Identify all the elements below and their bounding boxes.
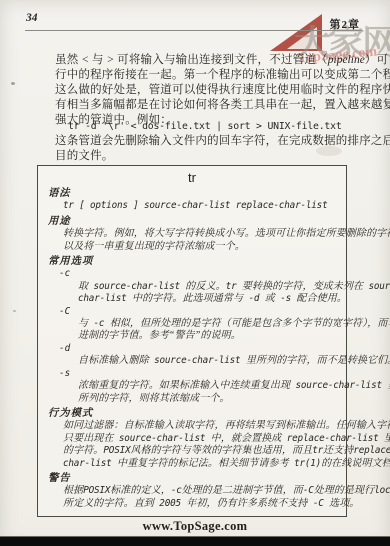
syntax-code-line: tr [ options ] source-char-list replace-… [63, 200, 346, 212]
option-description-line: 自标准输入删除 source-char-list 里所列的字符，而不是转换它们。 [78, 355, 346, 367]
latin-fragment: tr [312, 445, 323, 456]
option-flag: -s [59, 368, 346, 380]
option-description-line: 所列的字符，则将其浓缩成一个。 [78, 393, 346, 405]
latin-fragment: replace- [353, 445, 390, 456]
latin-fragment: -d [243, 293, 265, 304]
latin-fragment: POSIX [83, 485, 110, 496]
tr-command-reference-box: tr 语法tr [ options ] source-char-list rep… [37, 165, 347, 517]
header-rule [25, 30, 362, 31]
intro-paragraph: 虽然 < 与 > 可将输入与输出连接到文件，不过管道（pipeline）可以把两… [55, 53, 361, 128]
section-heading: 行为模式 [48, 408, 346, 420]
option-flag: -c [59, 268, 346, 280]
latin-fragment: pipeline [328, 54, 365, 66]
text-line: 这么做的好处是，管道可以使得执行速度比使用临时文件的程序快上十倍。本书中 [55, 83, 361, 98]
box-section: 语法tr [ options ] source-char-list replac… [38, 188, 346, 213]
option-description-line: char-list 中的字符。此选项通常与 -d 或 -s 配合使用。 [78, 293, 346, 305]
option-description-line: 浓缩重复的字符。如果标准输入中连续重复出现 source-char-list 里 [78, 380, 346, 392]
section-text-line: 如同过滤器：自标准输入读取字符，再将结果写到标准输出。任何输入字符 [63, 420, 346, 432]
latin-fragment: source-char-list [290, 380, 387, 391]
latin-fragment: source-char-list [88, 281, 185, 292]
section-heading: 警告 [48, 473, 346, 485]
option-description-line: 进制的字节值。参考“警告”的说明。 [78, 330, 346, 342]
option-flag: -d [59, 343, 346, 355]
scan-speck [11, 82, 15, 85]
latin-fragment: -C [303, 485, 314, 496]
latin-fragment: 2005 [154, 498, 186, 509]
box-section: 行为模式如同过滤器：自标准输入读取字符，再将结果写到标准输出。任何输入字符只要出… [38, 408, 346, 470]
box-section: 警告根据POSIX标准的定义，-c处理的是二进制字节值，而-C处理的是现行loc… [38, 473, 346, 510]
option-description-line: 与 -c 相似，但所处理的是字符（可能是包含多个字节的宽字符），而非二 [78, 318, 346, 330]
book-page: 34 第2章 大家网 TopSage.com 虽然 < 与 > 可将输入与输出连… [0, 0, 390, 546]
scan-speck [13, 310, 16, 312]
box-section: 用途转换字符。例如，将大写字符转换成小写。选项可让你指定所要删除的字符，以及将一… [38, 216, 346, 253]
chapter-label: 第2章 [330, 16, 361, 32]
footer-url: www.TopSage.com [0, 519, 390, 534]
option-description-line: 取 source-char-list 的反义。tr 要转换的字符，变成未列在 s… [78, 281, 346, 293]
section-text-line: 转换字符。例如，将大写字符转换成小写。选项可让你指定所要删除的字符， [63, 228, 346, 240]
page-number: 34 [26, 12, 38, 24]
latin-fragment: source- [363, 281, 390, 292]
latin-fragment: source-char-list [114, 433, 211, 444]
latin-fragment: > [104, 54, 118, 66]
text-line: 目的文件。 [55, 149, 361, 164]
latin-fragment: -c [171, 485, 182, 496]
section-text-line: 只要出现在 source-char-list 中，就会置换成 replace-c… [63, 433, 346, 445]
explanation-paragraph: 这条管道会先删除输入文件内的回车字符，在完成数据的排序之后，将结果输出到目的文件… [55, 134, 361, 164]
section-heading: 常用选项 [48, 256, 346, 268]
command-reference-body: 语法tr [ options ] source-char-list replac… [38, 188, 346, 510]
latin-fragment: -s [275, 293, 297, 304]
bottom-scan-bar [0, 536, 390, 546]
section-heading: 语法 [48, 188, 346, 200]
latin-fragment: < [78, 54, 92, 66]
text-line: 行中的程序衔接在一起。第一个程序的标准输出可以变成第二个程序的标准输入。 [55, 68, 361, 83]
section-text-line: 所定义的字符。直到 2005 年初，仍有许多系统不支持 -C 选项。 [63, 498, 346, 510]
latin-fragment: char-list [78, 293, 132, 304]
section-heading: 用途 [48, 216, 346, 228]
command-title: tr [38, 171, 346, 185]
latin-fragment: char-list [63, 458, 117, 469]
latin-fragment: replace-char-list [281, 433, 384, 444]
latin-fragment: -c [88, 318, 110, 329]
latin-fragment: POSIX [103, 445, 130, 456]
text-line: 这条管道会先删除输入文件内的回车字符，在完成数据的排序之后，将结果输出到 [55, 134, 361, 149]
latin-fragment: tr [226, 281, 242, 292]
section-text-line: char-list 中重复字符的标记法。相关细节请参考 tr(1)的在线说明文档… [63, 458, 346, 470]
box-section: 常用选项-c取 source-char-list 的反义。tr 要转换的字符，变… [38, 256, 346, 405]
latin-fragment: locale [374, 485, 390, 496]
pipeline-code: tr -d '\r' < dos-file.txt | sort > UNIX-… [68, 121, 342, 132]
latin-fragment: source-char-list [149, 355, 246, 366]
section-text-line: 的字符。POSIX风格的字符与等效的字符集也适用，而且tr还支持replace- [63, 445, 346, 457]
text-line: 虽然 < 与 > 可将输入与输出连接到文件，不过管道（pipeline）可以把两… [55, 53, 361, 68]
section-text-line: 根据POSIX标准的定义，-c处理的是二进制字节值，而-C处理的是现行local… [63, 485, 346, 497]
text-line: 有相当多篇幅都是在讨论如何将各类工具串在一起，置入越来越复杂且功能越来越 [55, 98, 361, 113]
latin-fragment: -C [308, 498, 330, 509]
option-flag: -C [59, 306, 346, 318]
latin-fragment: tr(1) [289, 458, 321, 469]
section-text-line: 以及将一串重复出现的字符浓缩成一个。 [63, 241, 346, 253]
